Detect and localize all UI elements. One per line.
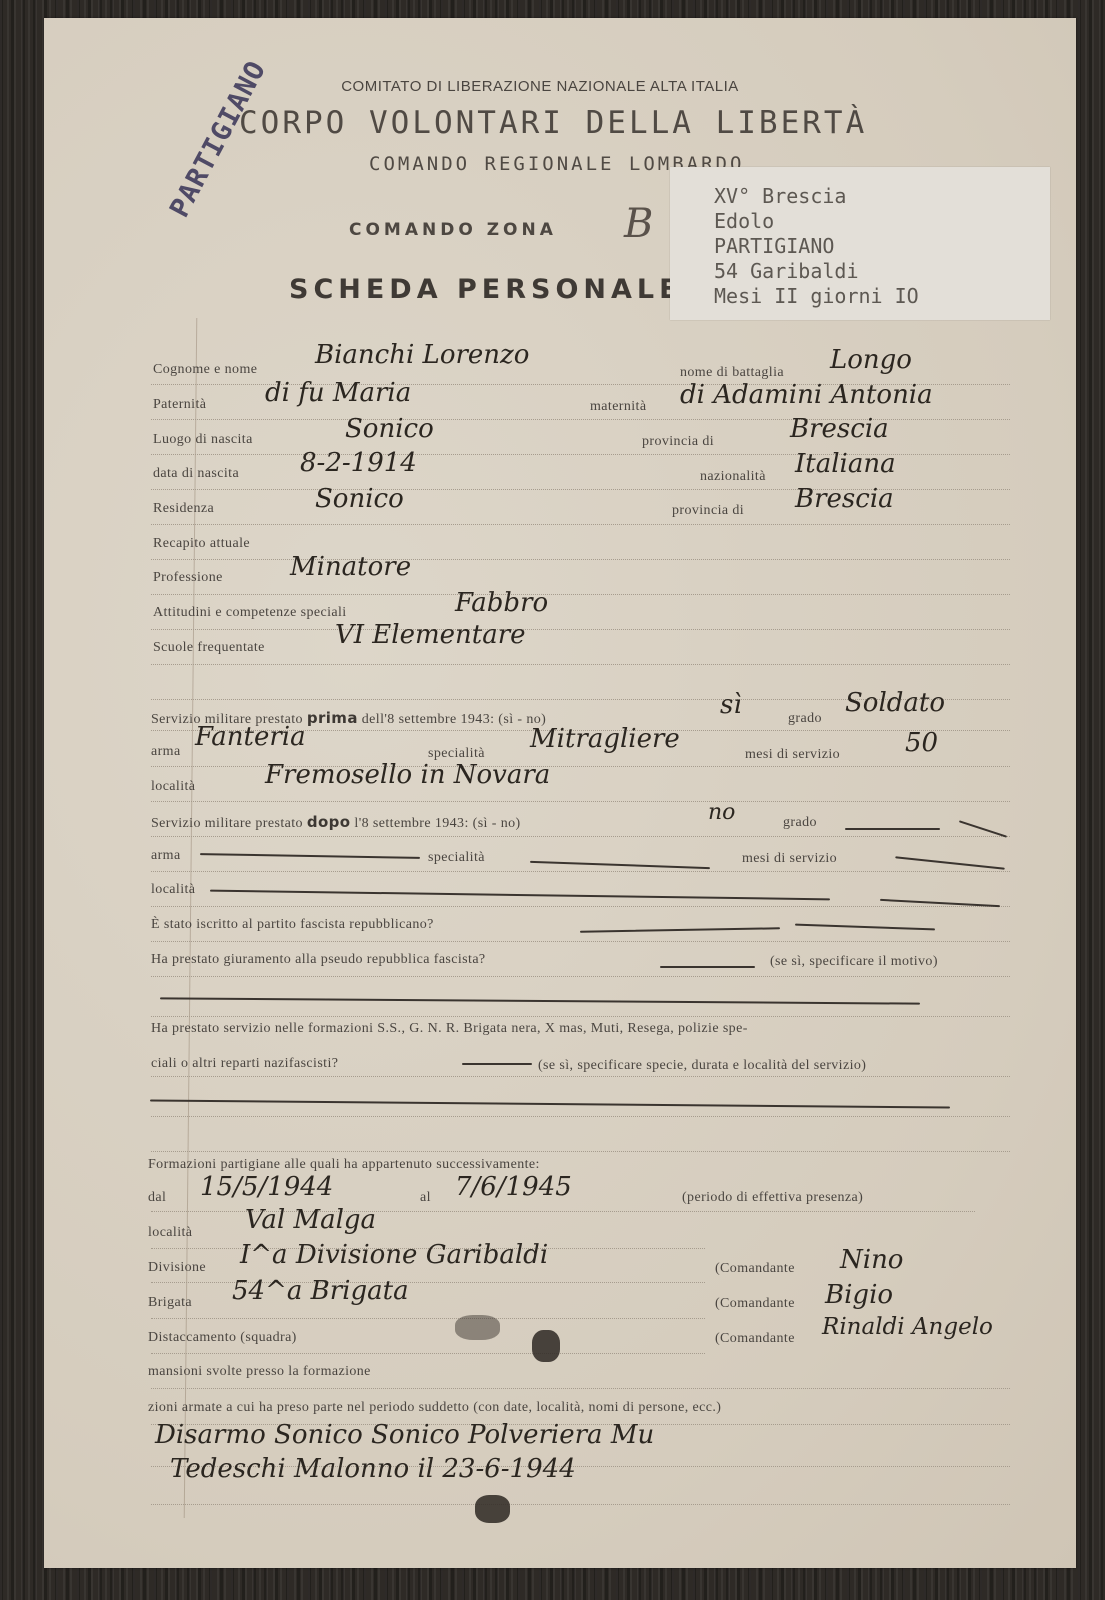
months-value: 50 xyxy=(905,728,938,758)
schools-value: VI Elementare xyxy=(335,620,526,650)
maternity-label: maternità xyxy=(590,399,646,415)
maternity-value: di Adamini Antonia xyxy=(680,380,933,410)
birthplace-label: Luogo di nascita xyxy=(153,432,253,448)
division-commander-label: (Comandante xyxy=(715,1261,795,1277)
brigade-commander-value: Bigio xyxy=(825,1280,893,1310)
birth-province-value: Brescia xyxy=(790,414,889,444)
brigade-value: 54^a Brigata xyxy=(232,1276,409,1306)
birth-province-label: provincia di xyxy=(642,434,714,450)
corps-heading: CORPO VOLONTARI DELLA LIBERTÀ xyxy=(239,105,867,141)
place-label: località xyxy=(151,779,195,795)
label-line: 54 Garibaldi xyxy=(714,259,1050,284)
battle-name-label: nome di battaglia xyxy=(680,365,784,381)
rank-label: grado xyxy=(788,711,822,727)
months-label: mesi di servizio xyxy=(745,747,840,763)
rank-value: Soldato xyxy=(845,688,945,718)
current-address-label: Recapito attuale xyxy=(153,536,250,552)
residence-province-value: Brescia xyxy=(795,484,894,514)
arm-value: Fanteria xyxy=(195,722,306,752)
brigade-commander-label: (Comandante xyxy=(715,1296,795,1312)
detachment-commander-value: Rinaldi Angelo xyxy=(822,1314,993,1340)
label-line: PARTIGIANO xyxy=(714,234,1050,259)
after-place-label: località xyxy=(151,882,195,898)
battle-name-value: Longo xyxy=(830,345,912,375)
paternity-value: di fu Maria xyxy=(265,378,411,408)
profession-value: Minatore xyxy=(290,552,411,582)
residence-label: Residenza xyxy=(153,501,214,517)
oath-question: Ha prestato giuramento alla pseudo repub… xyxy=(151,952,486,968)
specialty-value: Mitragliere xyxy=(530,724,680,754)
detachment-label: Distaccamento (squadra) xyxy=(148,1330,297,1346)
military-after-answer: no xyxy=(708,800,735,825)
partisan-heading: Formazioni partigiane alle quali ha appa… xyxy=(148,1157,540,1173)
oath-note: (se sì, specificare il motivo) xyxy=(770,954,938,970)
nationality-label: nazionalità xyxy=(700,469,766,485)
nationality-value: Italiana xyxy=(795,449,896,479)
birthdate-value: 8-2-1914 xyxy=(300,448,417,478)
residence-province-label: provincia di xyxy=(672,503,744,519)
after-rank-label: grado xyxy=(783,815,817,831)
actions-line1: Disarmo Sonico Sonico Polveriera Mu xyxy=(155,1420,654,1450)
ink-blot xyxy=(475,1495,510,1523)
actions-label: zioni armate a cui ha preso parte nel pe… xyxy=(148,1400,721,1416)
ink-blot xyxy=(455,1315,500,1340)
period-note: (periodo di effettiva presenza) xyxy=(682,1190,863,1206)
ink-blot xyxy=(532,1330,560,1362)
division-value: I^a Divisione Garibaldi xyxy=(240,1240,548,1270)
birthplace-value: Sonico xyxy=(345,414,434,444)
birthdate-label: data di nascita xyxy=(153,466,239,482)
duties-label: mansioni svolte presso la formazione xyxy=(148,1364,371,1380)
typed-label: XV° Brescia Edolo PARTIGIANO 54 Garibald… xyxy=(670,167,1050,320)
skills-value: Fabbro xyxy=(455,588,548,618)
to-label: al xyxy=(420,1190,431,1206)
surname-value: Bianchi Lorenzo xyxy=(315,340,529,370)
zone-command-label: COMANDO ZONA xyxy=(349,220,557,240)
military-after-question: Servizio militare prestato dopo l'8 sett… xyxy=(151,813,521,832)
ss-question-line1: Ha prestato servizio nelle formazioni S.… xyxy=(151,1021,748,1037)
detachment-commander-label: (Comandante xyxy=(715,1331,795,1347)
after-specialty-label: specialità xyxy=(428,850,485,866)
brigade-label: Brigata xyxy=(148,1295,192,1311)
partisan-place-value: Val Malga xyxy=(245,1205,376,1235)
form-title: SCHEDA PERSONALE xyxy=(289,274,683,305)
military-before-answer: sì xyxy=(720,690,742,720)
partisan-place-label: località xyxy=(148,1225,192,1241)
division-commander-value: Nino xyxy=(840,1245,903,1275)
from-label: dal xyxy=(148,1190,166,1206)
division-label: Divisione xyxy=(148,1260,206,1276)
label-line: Edolo xyxy=(714,209,1050,234)
label-line: XV° Brescia xyxy=(714,184,1050,209)
profession-label: Professione xyxy=(153,570,223,586)
surname-label: Cognome e nome xyxy=(153,362,257,378)
skills-label: Attitudini e competenze speciali xyxy=(153,605,347,621)
fascist-party-question: È stato iscritto al partito fascista rep… xyxy=(151,917,434,933)
after-arm-label: arma xyxy=(151,848,181,864)
arm-label: arma xyxy=(151,744,181,760)
place-value: Fremosello in Novara xyxy=(265,760,550,790)
schools-label: Scuole frequentate xyxy=(153,640,265,656)
ss-question-line2: ciali o altri reparti nazifascisti? xyxy=(151,1056,338,1072)
zone-command-value: B xyxy=(624,201,653,247)
to-value: 7/6/1945 xyxy=(455,1172,572,1202)
residence-value: Sonico xyxy=(315,484,404,514)
from-value: 15/5/1944 xyxy=(200,1172,333,1202)
label-line: Mesi II giorni IO xyxy=(714,284,1050,309)
after-months-label: mesi di servizio xyxy=(742,851,837,867)
paternity-label: Paternità xyxy=(153,397,206,413)
committee-heading: COMITATO DI LIBERAZIONE NAZIONALE ALTA I… xyxy=(44,78,1076,95)
ss-note: (se sì, specificare specie, durata e loc… xyxy=(538,1058,866,1074)
actions-line2: Tedeschi Malonno il 23-6-1944 xyxy=(170,1454,576,1484)
